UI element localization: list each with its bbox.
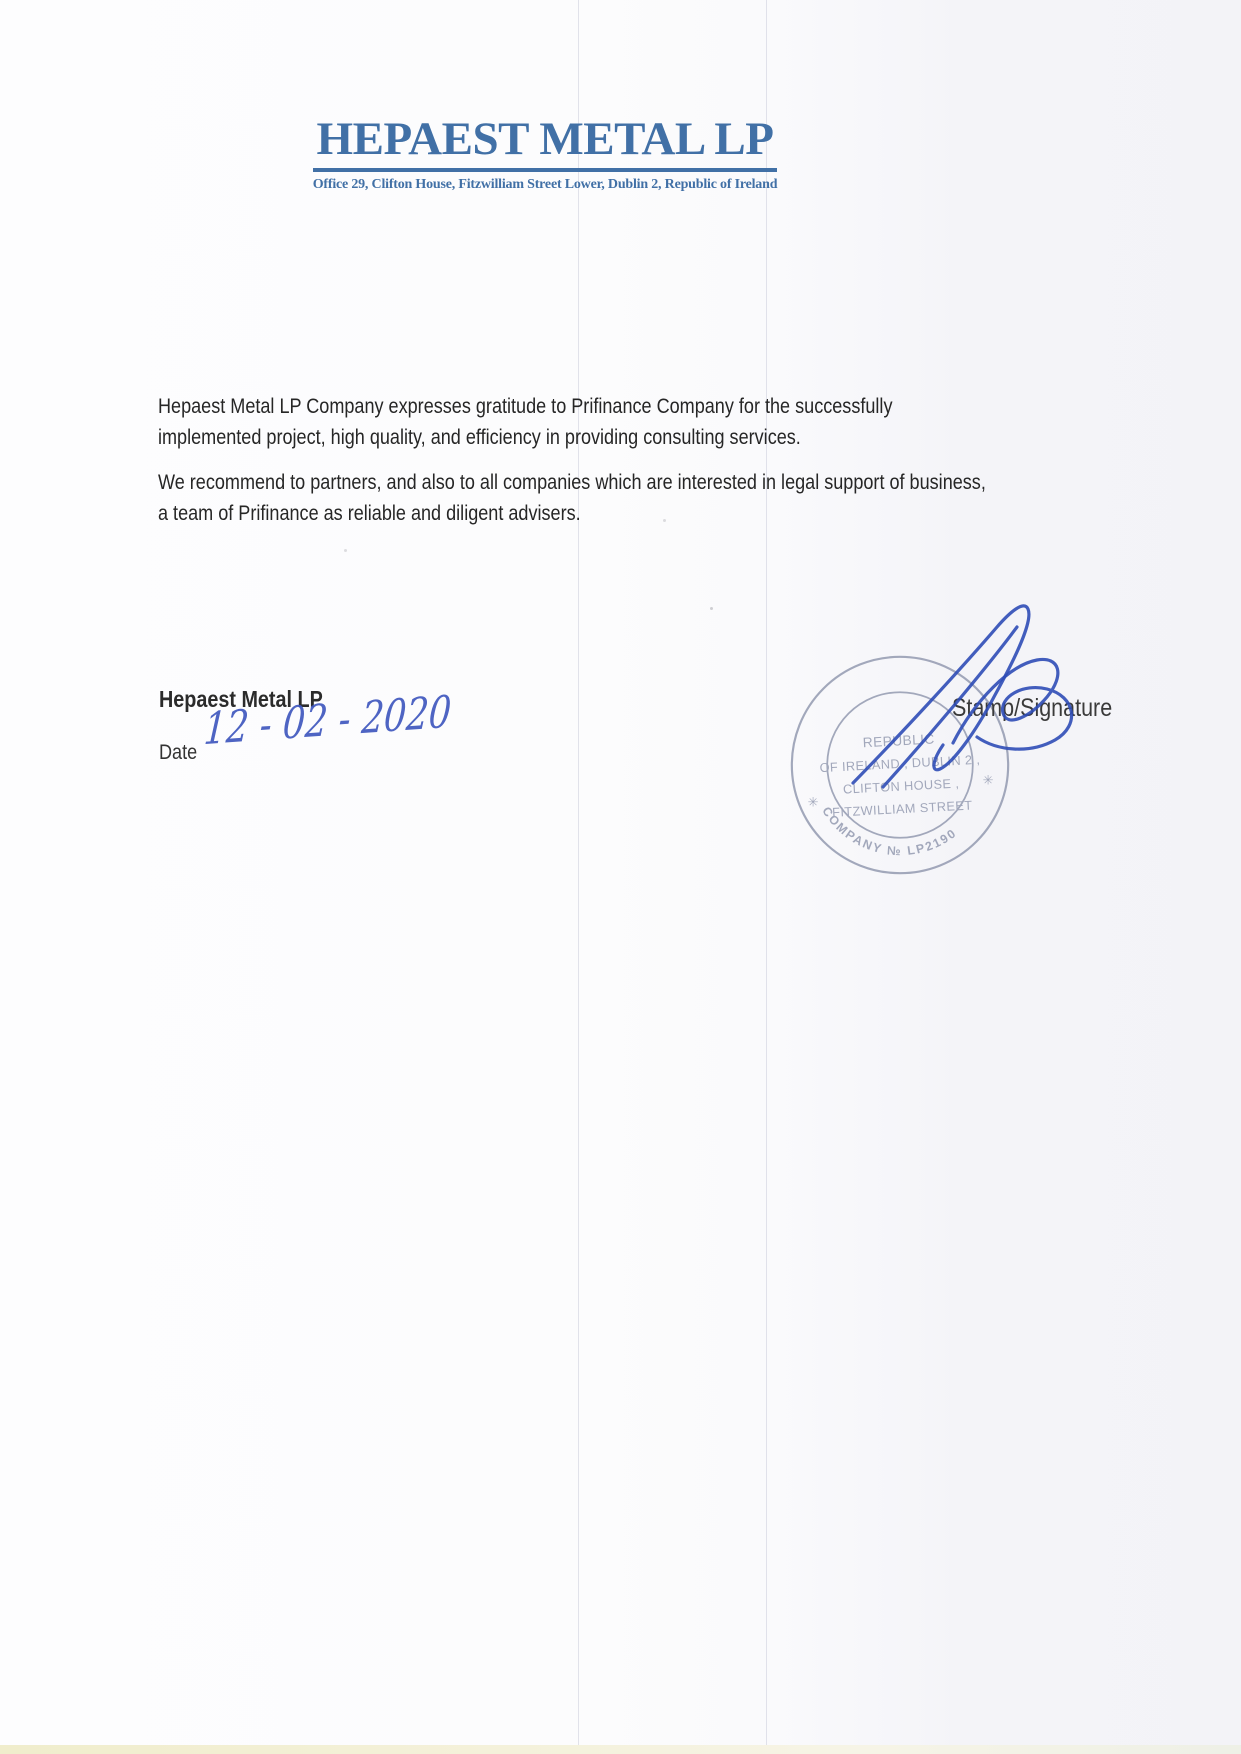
paragraph: Hepaest Metal LP Company expresses grati… xyxy=(158,391,1022,453)
paragraph-line: Hepaest Metal LP Company expresses grati… xyxy=(158,391,1022,422)
paragraph: We recommend to partners, and also to al… xyxy=(158,467,1022,529)
letterhead: HEPAEST METAL LP Office 29, Clifton Hous… xyxy=(0,116,1090,193)
paper-fold-line xyxy=(766,0,767,1754)
company-address: Office 29, Clifton House, Fitzwilliam St… xyxy=(0,177,1090,193)
paragraph-line: We recommend to partners, and also to al… xyxy=(158,467,1022,498)
signature xyxy=(825,565,1095,805)
stamp-star-icon: ✳ xyxy=(808,794,819,809)
letter-body: Hepaest Metal LP Company expresses grati… xyxy=(158,391,1022,529)
scanned-letter-page: HEPAEST METAL LP Office 29, Clifton Hous… xyxy=(0,0,1241,1754)
paragraph-line: implemented project, high quality, and e… xyxy=(158,422,1022,453)
scan-bottom-edge xyxy=(0,1745,1241,1754)
scan-speck xyxy=(344,549,347,552)
company-title: HEPAEST METAL LP xyxy=(313,116,778,172)
paper-fold-line xyxy=(578,0,579,1754)
scan-speck xyxy=(710,607,713,610)
signature-stroke xyxy=(853,606,1029,783)
paragraph-line: a team of Prifinance as reliable and dil… xyxy=(158,498,1022,529)
date-label: Date xyxy=(159,741,197,765)
